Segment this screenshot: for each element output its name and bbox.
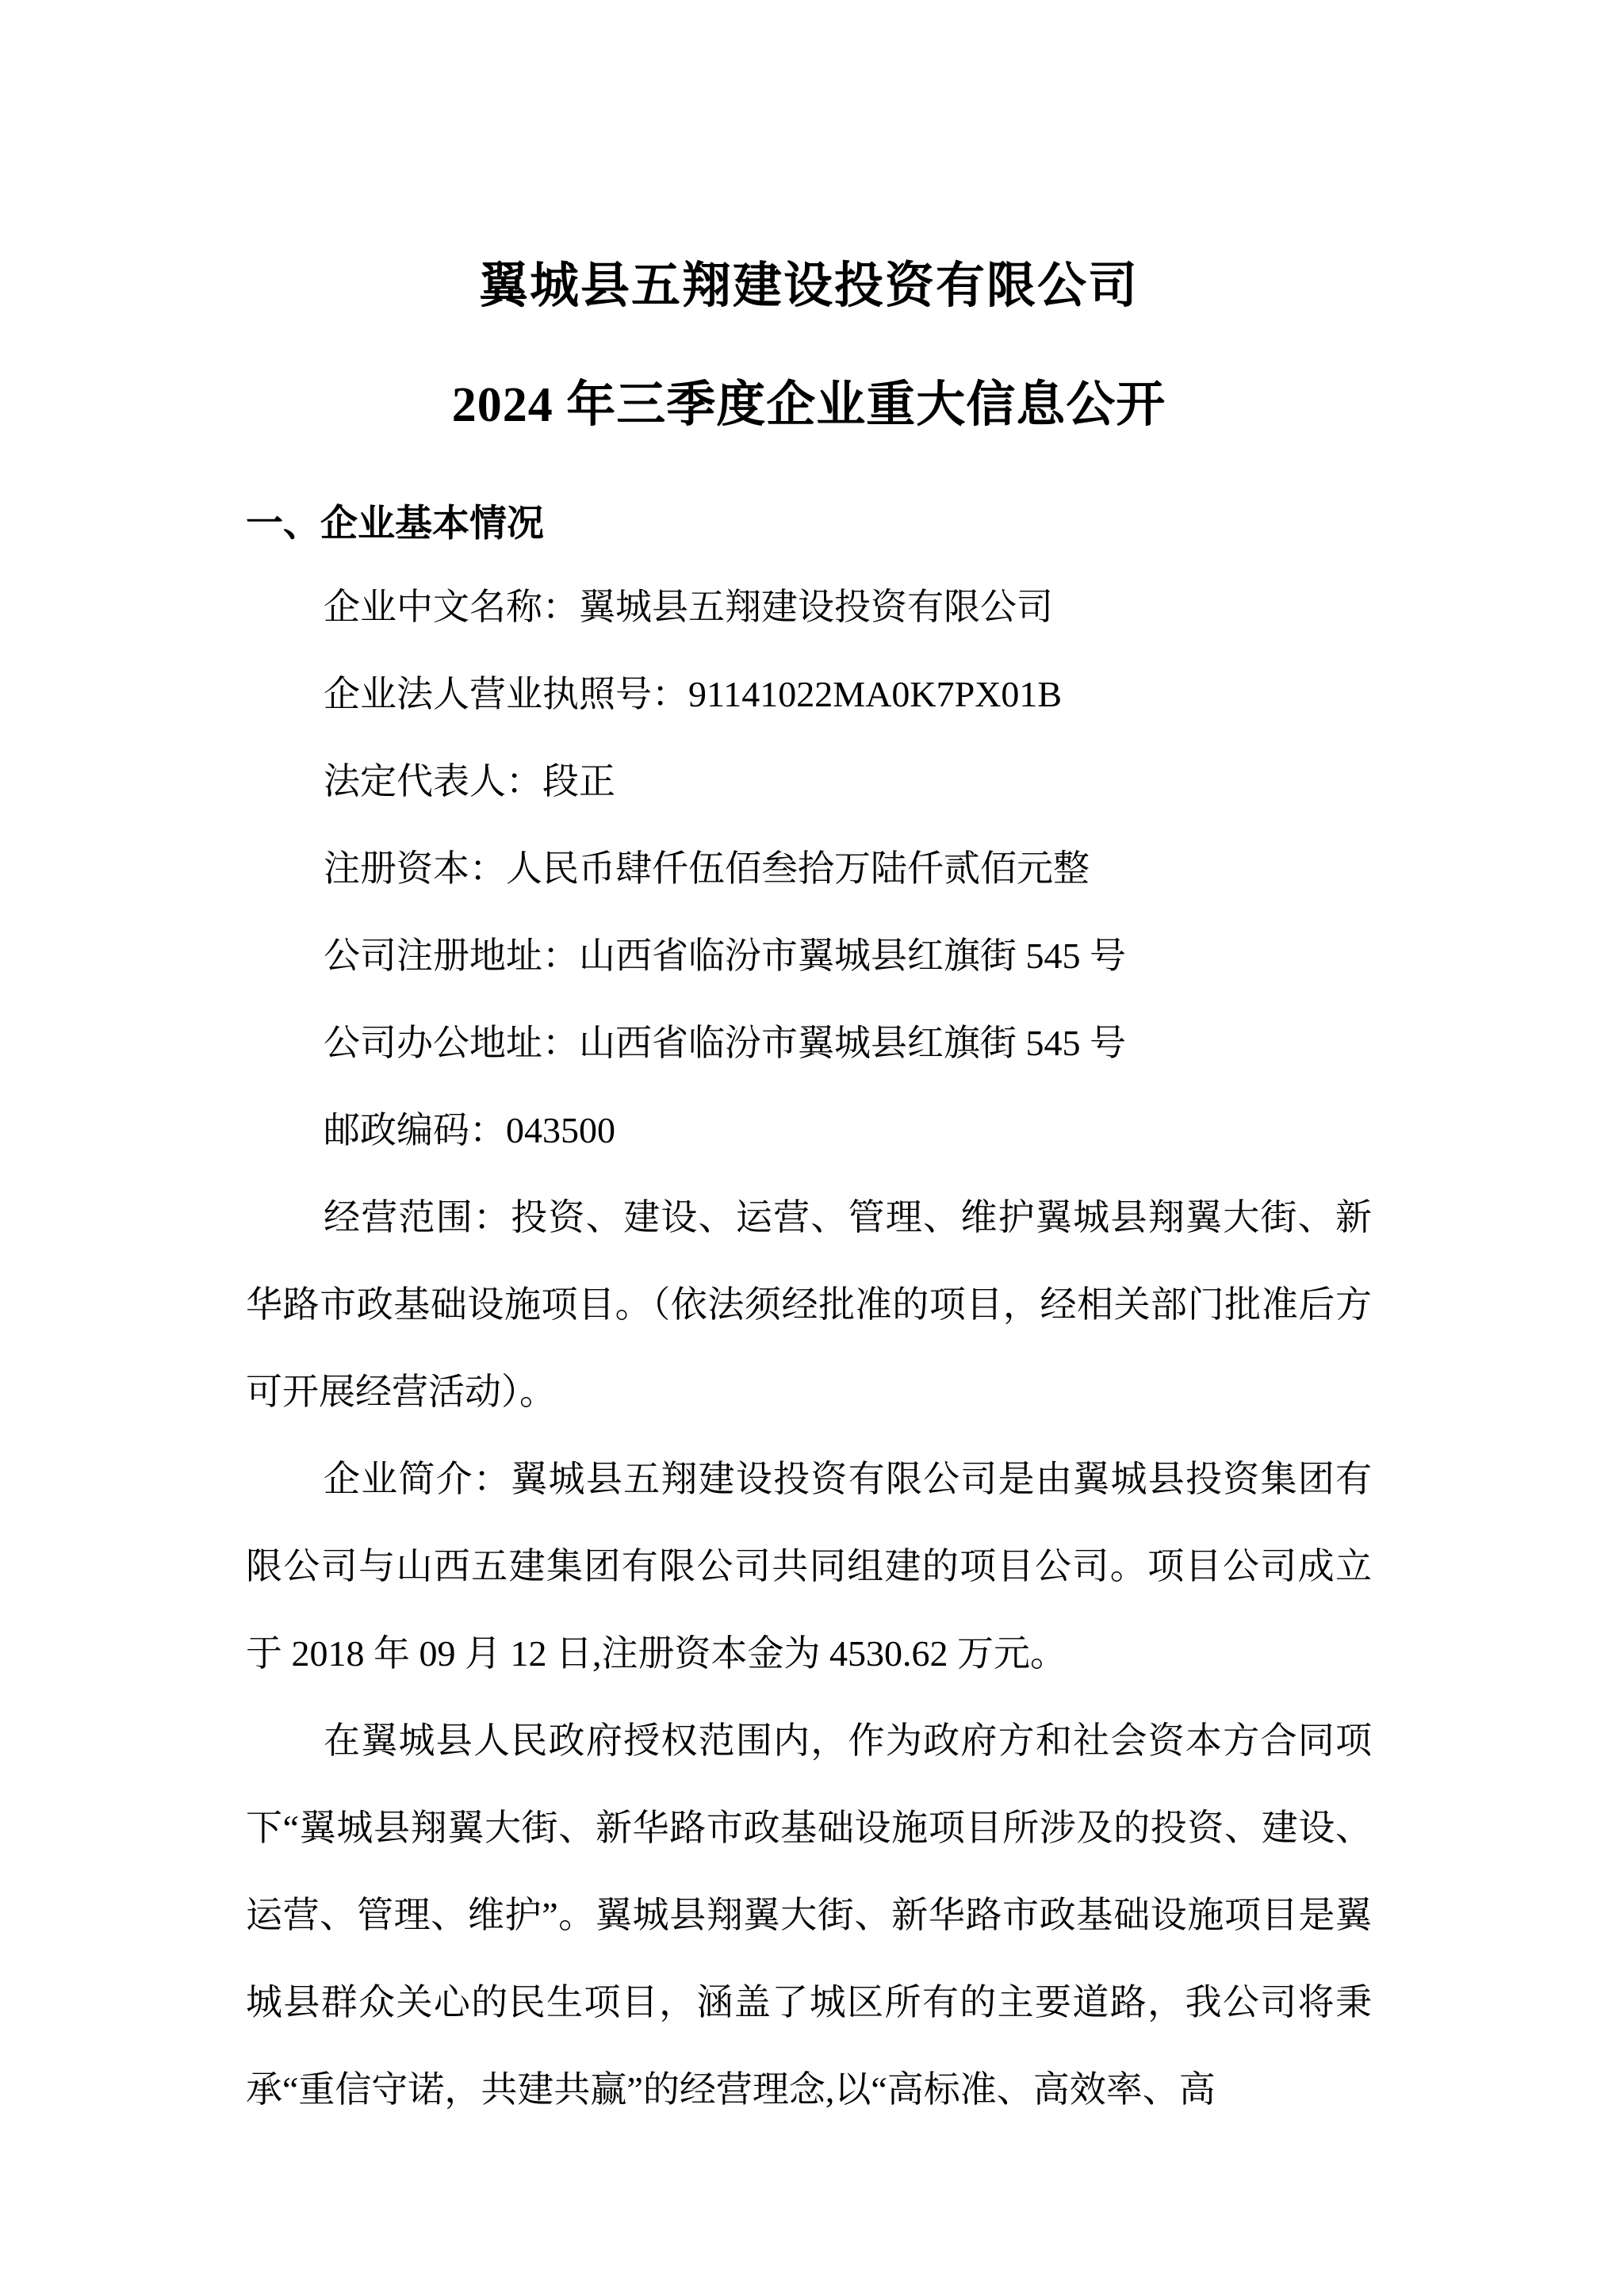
field-company-chinese-name: 企业中文名称：翼城县五翔建设投资有限公司 bbox=[246, 564, 1372, 651]
document-page: 翼城县五翔建设投资有限公司 2024 年三季度企业重大信息公开 一、企业基本情况… bbox=[0, 0, 1624, 2296]
field-business-license-number: 企业法人营业执照号：91141022MA0K7PX01B bbox=[246, 651, 1372, 738]
field-registered-address: 公司注册地址：山西省临汾市翼城县红旗街 545 号 bbox=[246, 913, 1372, 1000]
paragraph-business-scope: 经营范围：投资、建设、运营、管理、维护翼城县翔翼大街、新华路市政基础设施项目。（… bbox=[246, 1174, 1372, 1436]
field-legal-representative: 法定代表人：段正 bbox=[246, 738, 1372, 825]
field-registered-capital: 注册资本：人民币肆仟伍佰叁拾万陆仟贰佰元整 bbox=[246, 825, 1372, 913]
field-postal-code: 邮政编码：043500 bbox=[246, 1087, 1372, 1174]
paragraph-government-authorization: 在翼城县人民政府授权范围内，作为政府方和社会资本方合同项下“翼城县翔翼大街、新华… bbox=[246, 1697, 1372, 2133]
section-body: 企业中文名称：翼城县五翔建设投资有限公司 企业法人营业执照号：91141022M… bbox=[246, 564, 1372, 2133]
section-heading-basic-info: 一、企业基本情况 bbox=[246, 506, 1372, 543]
paragraph-company-profile: 企业简介：翼城县五翔建设投资有限公司是由翼城县投资集团有限公司与山西五建集团有限… bbox=[246, 1436, 1372, 1697]
field-office-address: 公司办公地址：山西省临汾市翼城县红旗街 545 号 bbox=[246, 1000, 1372, 1087]
document-subtitle: 2024 年三季度企业重大信息公开 bbox=[246, 381, 1372, 430]
document-title: 翼城县五翔建设投资有限公司 bbox=[246, 262, 1372, 311]
